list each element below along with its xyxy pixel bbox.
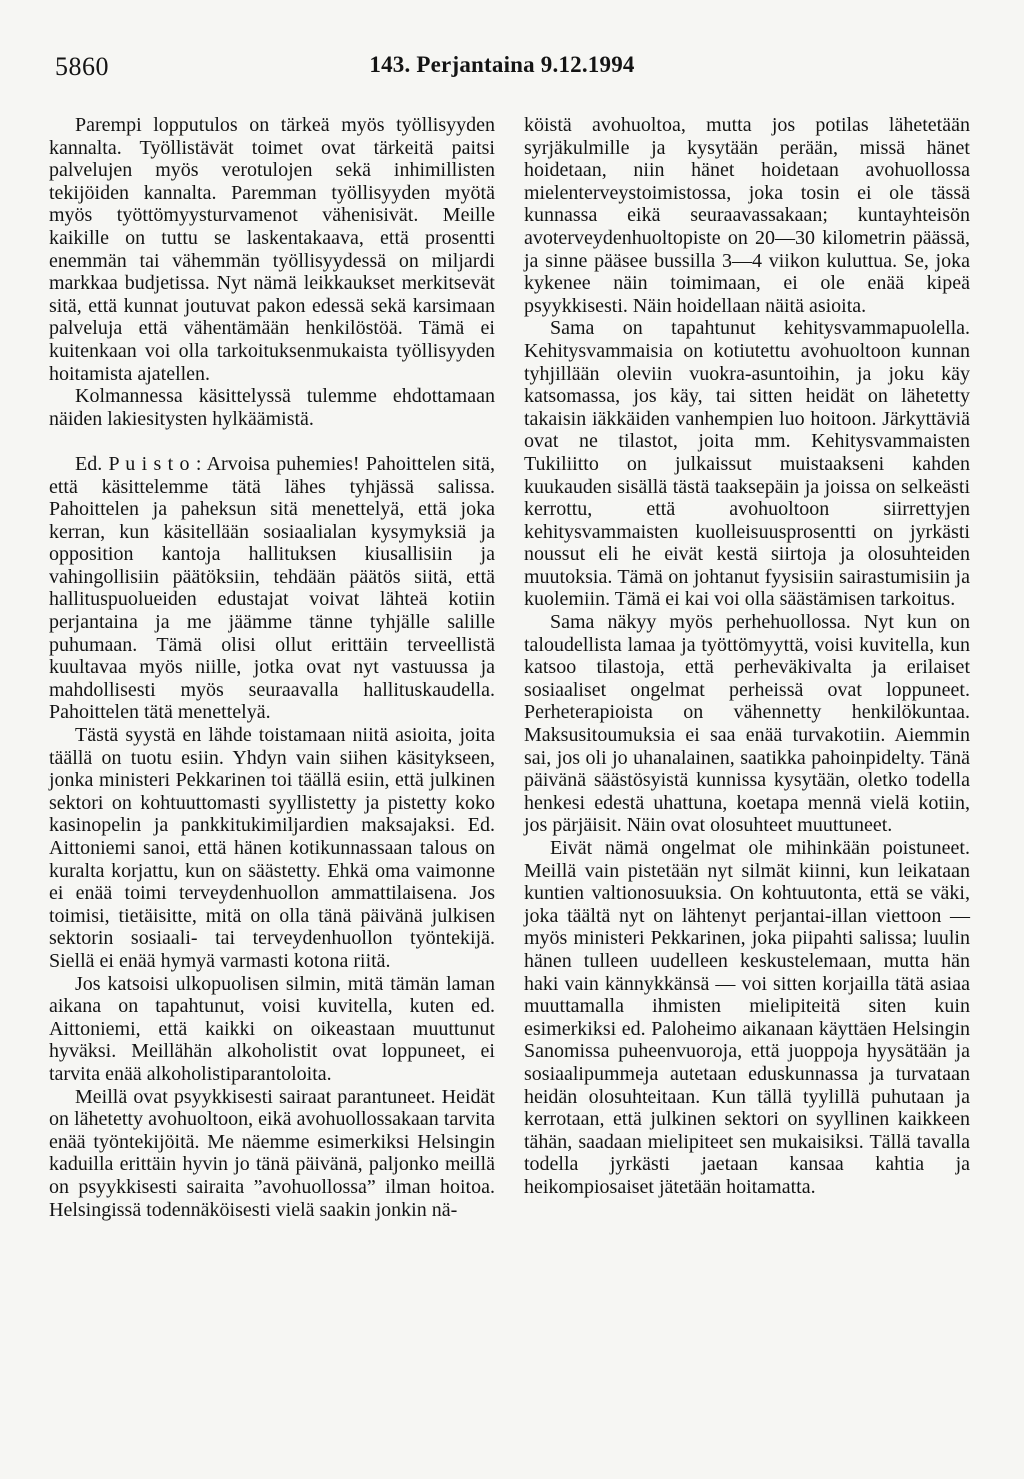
paragraph: Eivät nämä ongelmat ole mihinkään poistu… bbox=[524, 837, 970, 1199]
paragraph: köistä avohuoltoa, mutta jos potilas läh… bbox=[524, 114, 970, 317]
page-header: 5860 143. Perjantaina 9.12.1994 bbox=[0, 50, 1024, 90]
session-header-title: 143. Perjantaina 9.12.1994 bbox=[0, 52, 1004, 78]
paragraph: Ed. P u i s t o : Arvoisa puhemies! Paho… bbox=[49, 453, 495, 724]
paragraph: Parempi lopputulos on tärkeä myös työlli… bbox=[49, 114, 495, 385]
paragraph: Jos katsoisi ulkopuolisen silmin, mitä t… bbox=[49, 973, 495, 1086]
paragraph: Meillä ovat psyykkisesti sairaat parantu… bbox=[49, 1086, 495, 1222]
paragraph: Kolmannessa käsittelyssä tulemme ehdotta… bbox=[49, 385, 495, 430]
text-columns: Parempi lopputulos on tärkeä myös työlli… bbox=[49, 114, 970, 1221]
paragraph: Sama näkyy myös perhehuollossa. Nyt kun … bbox=[524, 611, 970, 837]
document-page: 5860 143. Perjantaina 9.12.1994 Parempi … bbox=[0, 0, 1024, 1479]
paragraph: Sama on tapahtunut kehitysvammapuolella.… bbox=[524, 317, 970, 611]
right-column: köistä avohuoltoa, mutta jos potilas läh… bbox=[524, 114, 970, 1221]
paragraph: Tästä syystä en lähde toistamaan niitä a… bbox=[49, 724, 495, 973]
left-column: Parempi lopputulos on tärkeä myös työlli… bbox=[49, 114, 495, 1221]
